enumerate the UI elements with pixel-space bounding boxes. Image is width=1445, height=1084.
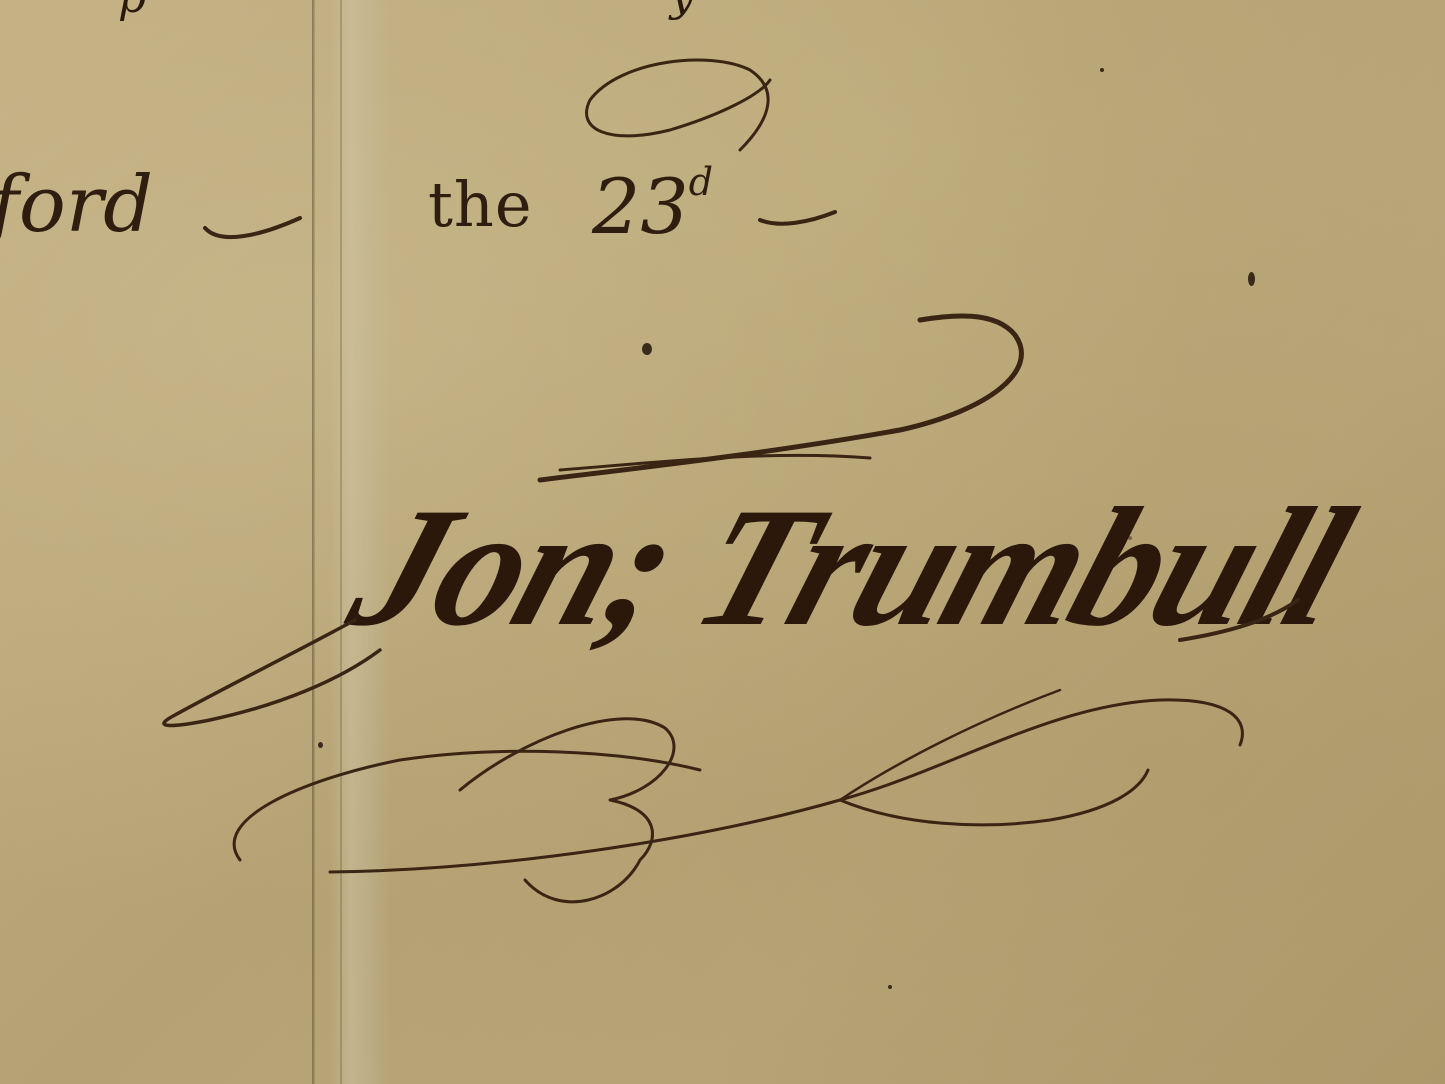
date-flourish-loop	[587, 60, 770, 150]
t-crossbar	[560, 455, 870, 470]
ford-tail-stroke	[205, 218, 300, 237]
paraph-right-loop	[840, 770, 1148, 825]
date-tail-stroke	[760, 212, 835, 224]
j-lower-loop	[164, 620, 380, 725]
paraph-center-flourish	[460, 719, 674, 902]
signature-end-stroke	[1180, 600, 1298, 640]
signature-flourishes	[0, 0, 1445, 1084]
paraph-diagonal	[840, 690, 1060, 800]
